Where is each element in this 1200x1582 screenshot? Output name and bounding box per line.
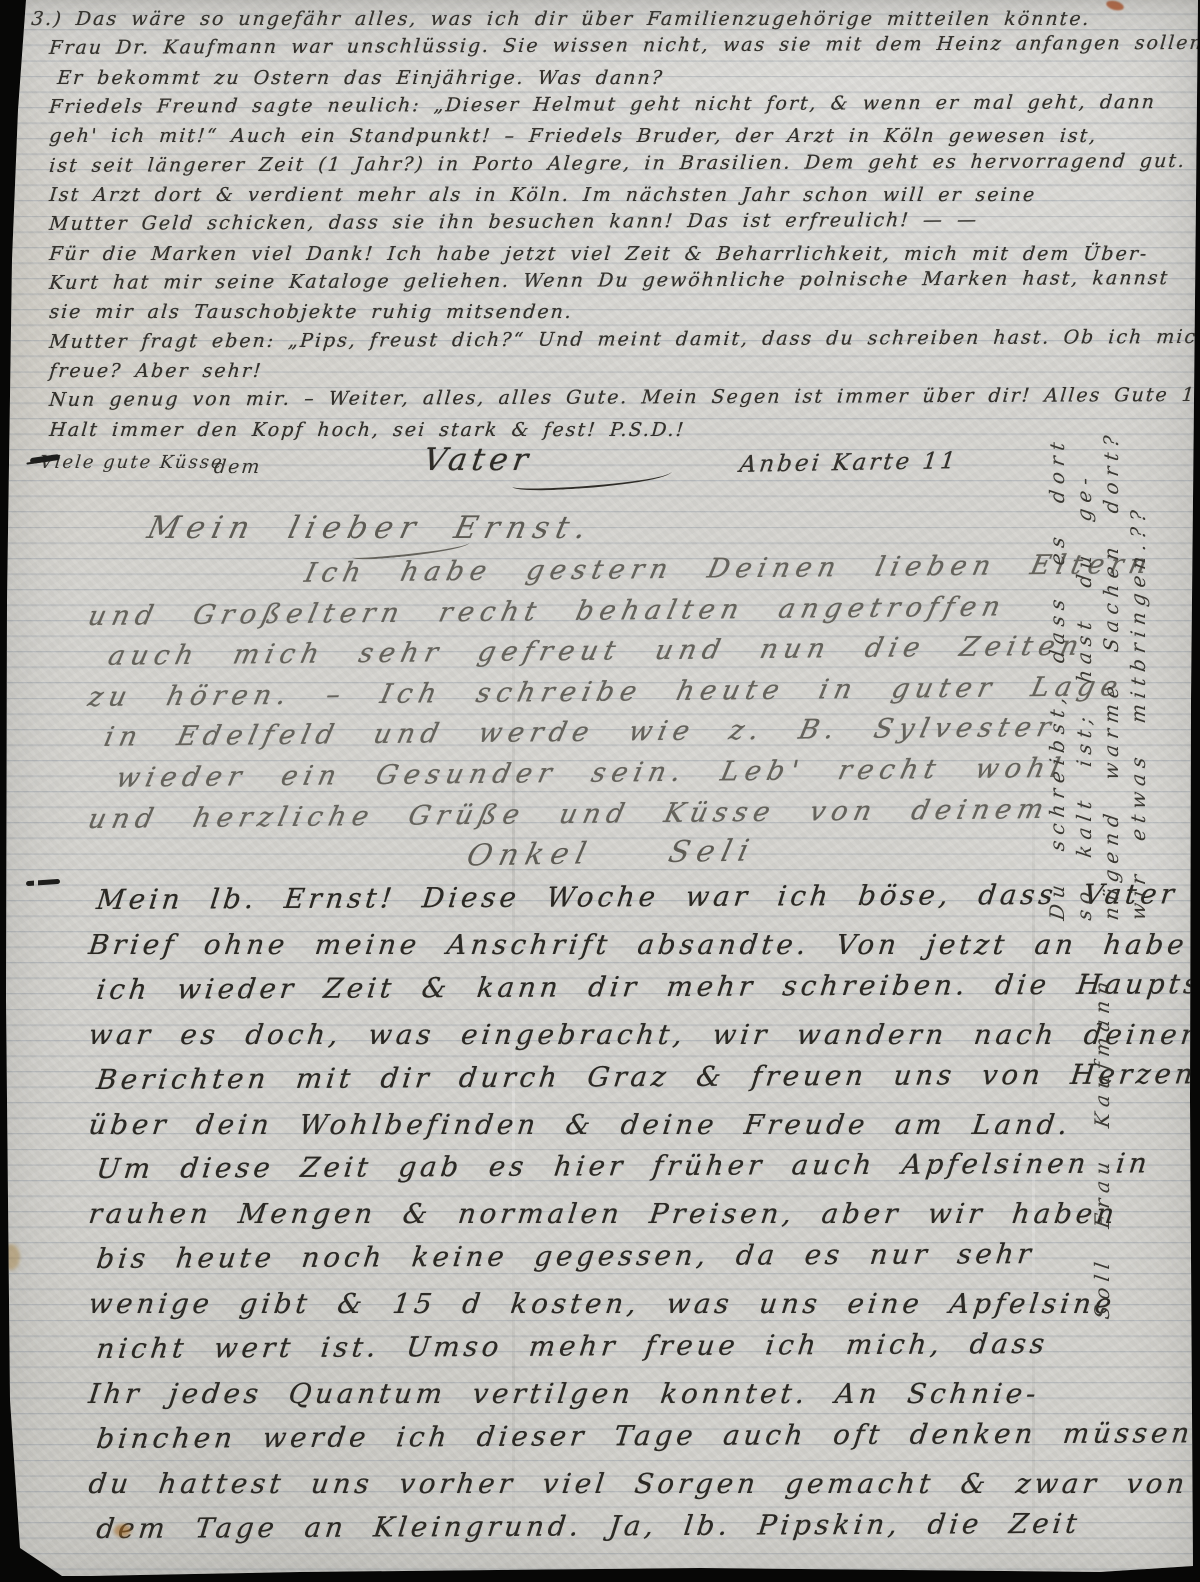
scan-vignette: [0, 0, 1200, 1582]
paper-sheet: 3.) Das wäre so ungefähr alles, was ich …: [0, 0, 1200, 1582]
scanned-letter-page: 3.) Das wäre so ungefähr alles, was ich …: [0, 0, 1200, 1582]
